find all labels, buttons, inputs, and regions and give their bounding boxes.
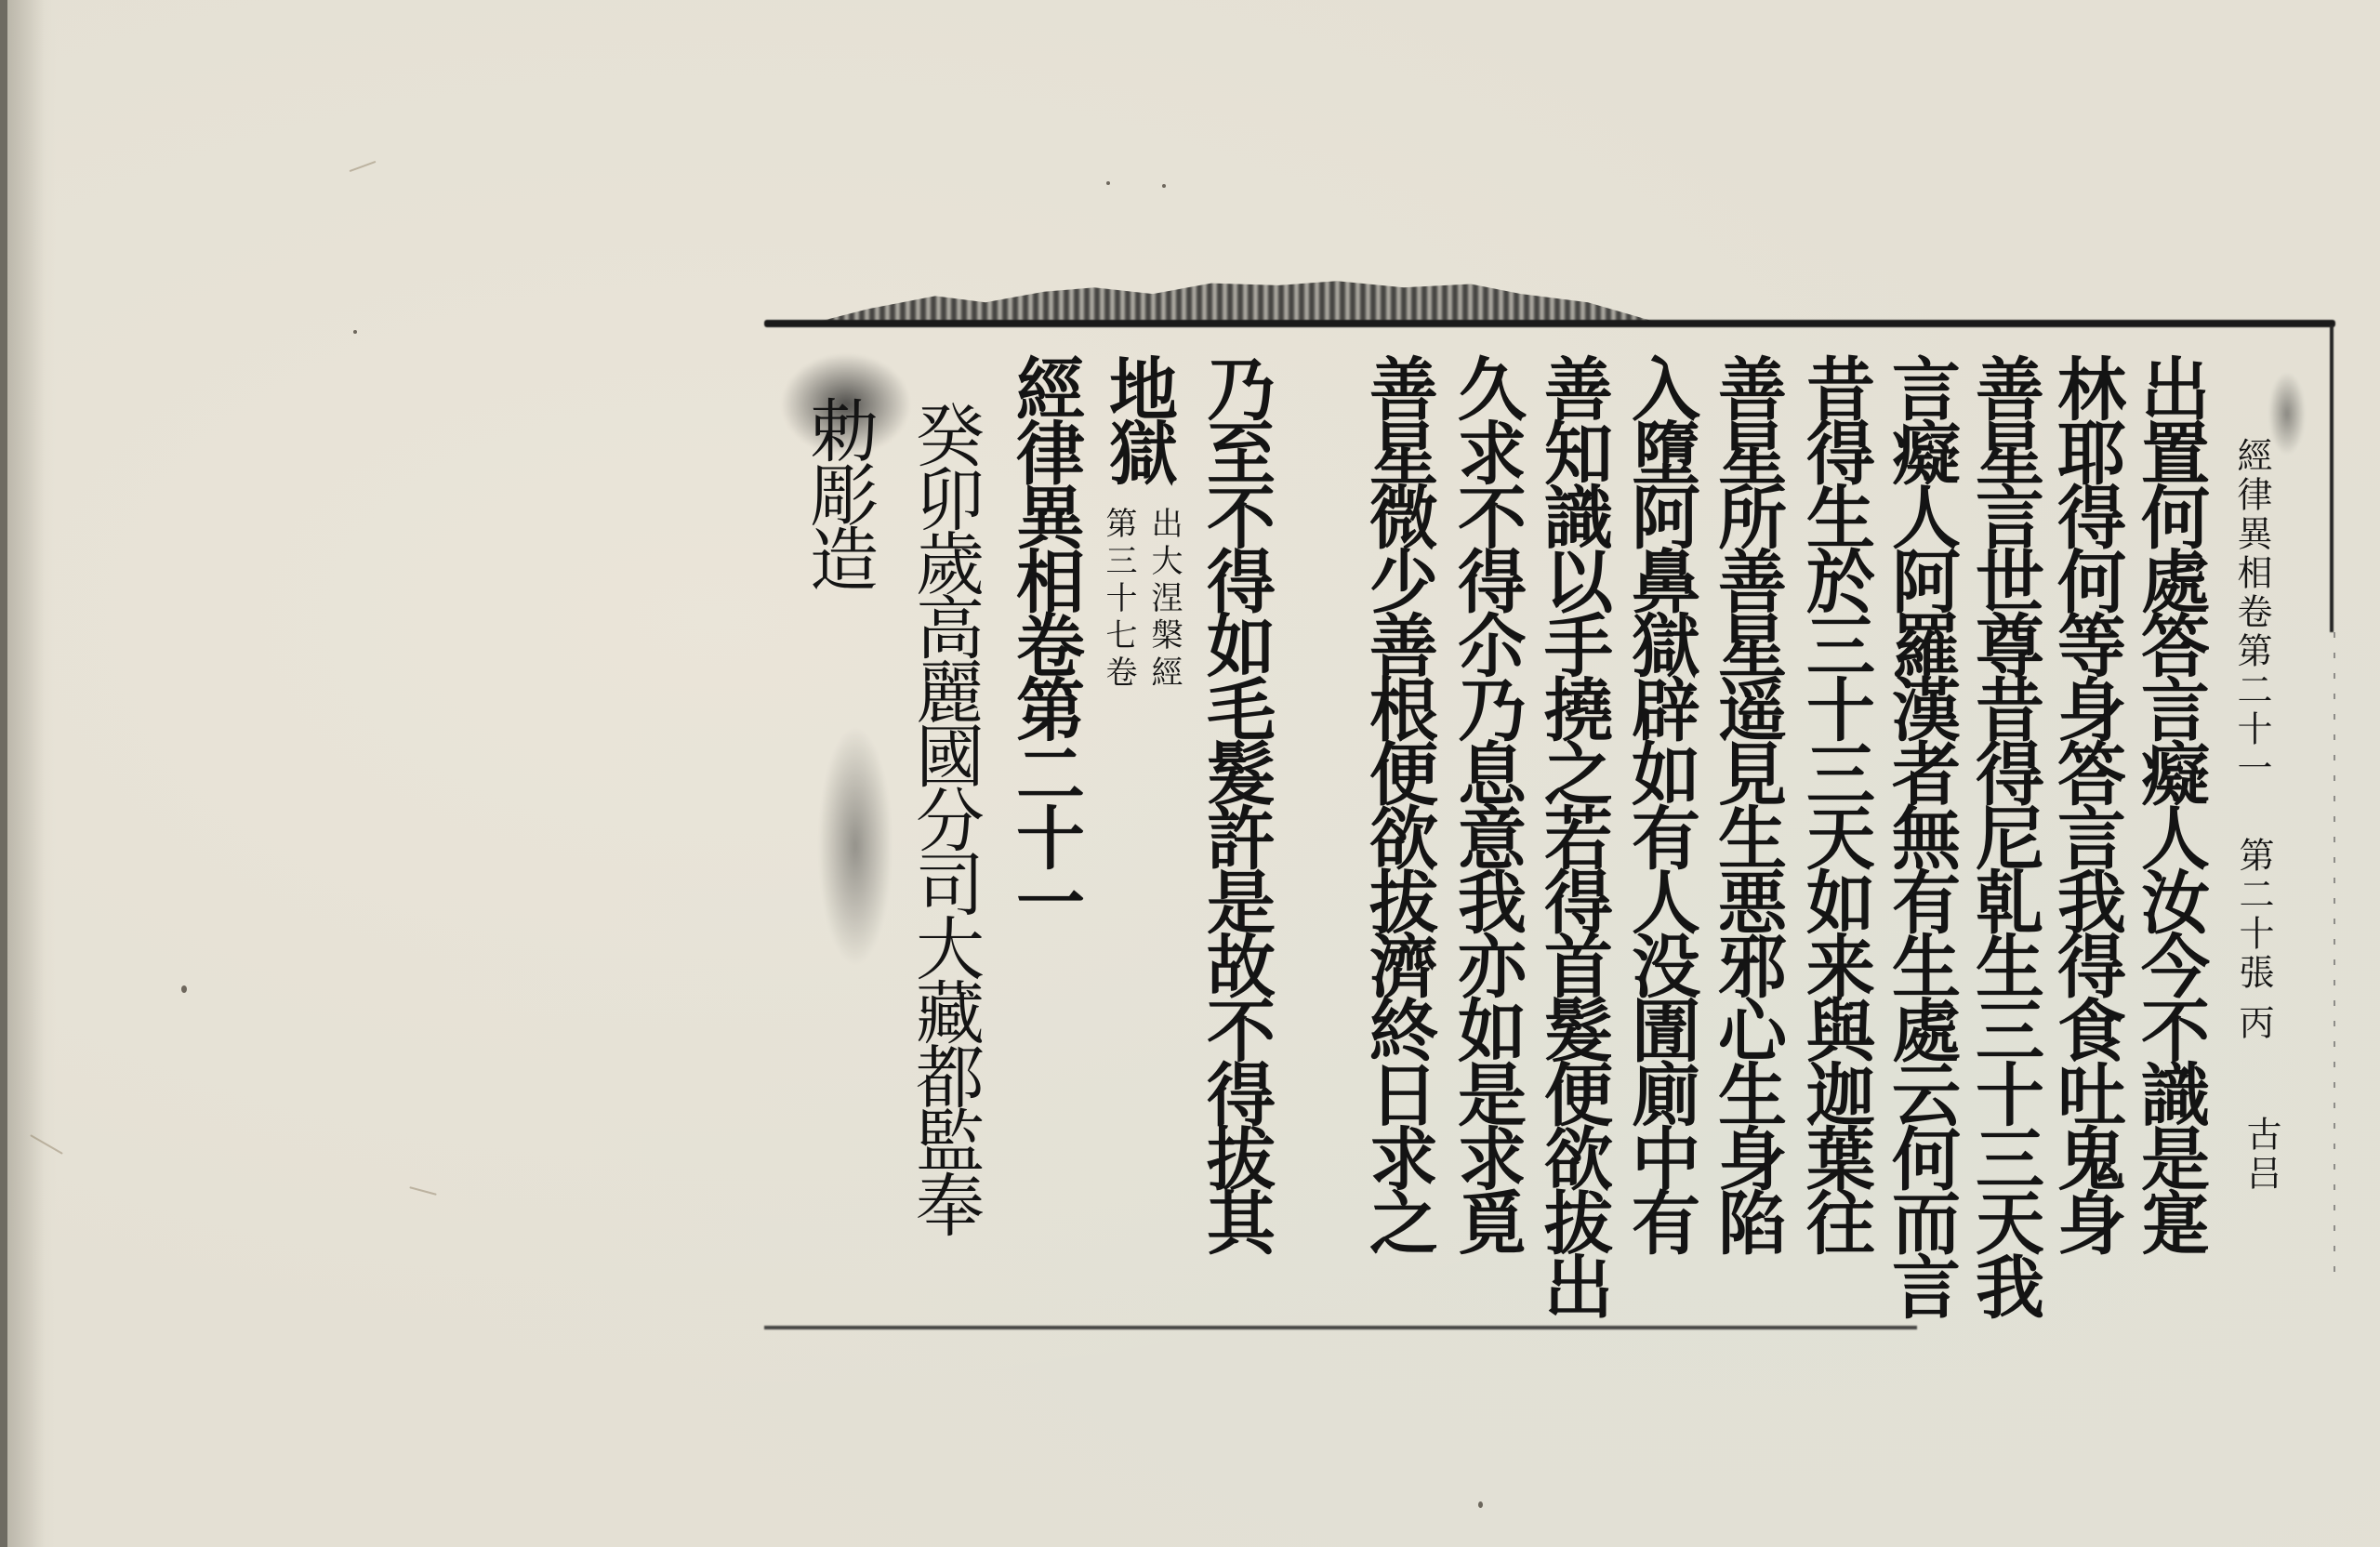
closing-annotation-right: 出大涅槃經 (1145, 507, 1183, 693)
colophon-line-2: 勅彫造 (798, 395, 879, 588)
volume-end-title: 經律異相卷第二十一 (1004, 353, 1086, 931)
paper-fiber (409, 1186, 436, 1196)
text-column-6: 善星所善星遥見生悪邪心生身陷 (1706, 353, 1788, 1251)
closing-line-main: 地獄 (1097, 353, 1179, 482)
text-column-2: 林耶得何等身答言我得食吐鬼身 (2045, 353, 2127, 1251)
margin-title: 經律異相卷第二十一 (2231, 437, 2272, 788)
frame-top-border (764, 320, 2335, 327)
ink-blot-faded-column (818, 725, 892, 967)
carver-mark: 古吕 (2241, 1116, 2281, 1194)
text-column-7: 入墮阿鼻獄辟如有人没圊廁中有 (1620, 353, 1701, 1251)
book-spine-edge (0, 0, 7, 1547)
paper-fiber (350, 161, 377, 172)
paper-speck (353, 330, 357, 334)
paper-speck (1478, 1501, 1483, 1508)
paper-speck (1162, 184, 1166, 188)
text-column-1: 出置何處答言癡人汝今不識是寔 (2129, 353, 2211, 1251)
frame-right-border-faded (2334, 632, 2335, 1283)
text-column-9: 久求不得尒乃息意我亦如是求覓 (1446, 353, 1527, 1251)
colophon-line: 癸卯歲高麗國分司大藏都監奉 (904, 400, 985, 1234)
ink-blot-fish-tail (2268, 372, 2306, 456)
text-column-11: 乃至不得如毛髮許是故不得拔其 (1195, 353, 1276, 1251)
closing-annotation-left: 第三十七卷 (1100, 507, 1137, 693)
text-column-8: 善知識以手撓之若得首髮便欲拔出 (1532, 353, 1614, 1316)
text-column-3: 善星言世尊昔得尼乹生三十三天我 (1963, 353, 2045, 1316)
ink-smudge-top (818, 279, 1655, 322)
page-marker-sub: 丙 (2233, 1004, 2274, 1043)
spine-shadow (7, 0, 45, 1547)
text-column-10: 善星微少善根便欲拔濟終日求之 (1357, 353, 1439, 1251)
text-column-4: 言癡人阿羅漢者無有生處云何而言 (1880, 353, 1962, 1316)
paper-speck (1106, 181, 1110, 185)
paper-speck (181, 985, 187, 993)
frame-bottom-border (764, 1326, 1917, 1329)
page-marker: 第二十張 (2233, 837, 2274, 993)
frame-right-border (2330, 325, 2334, 632)
text-column-5: 昔得生於三十三天如来與迦葉往 (1794, 353, 1876, 1251)
